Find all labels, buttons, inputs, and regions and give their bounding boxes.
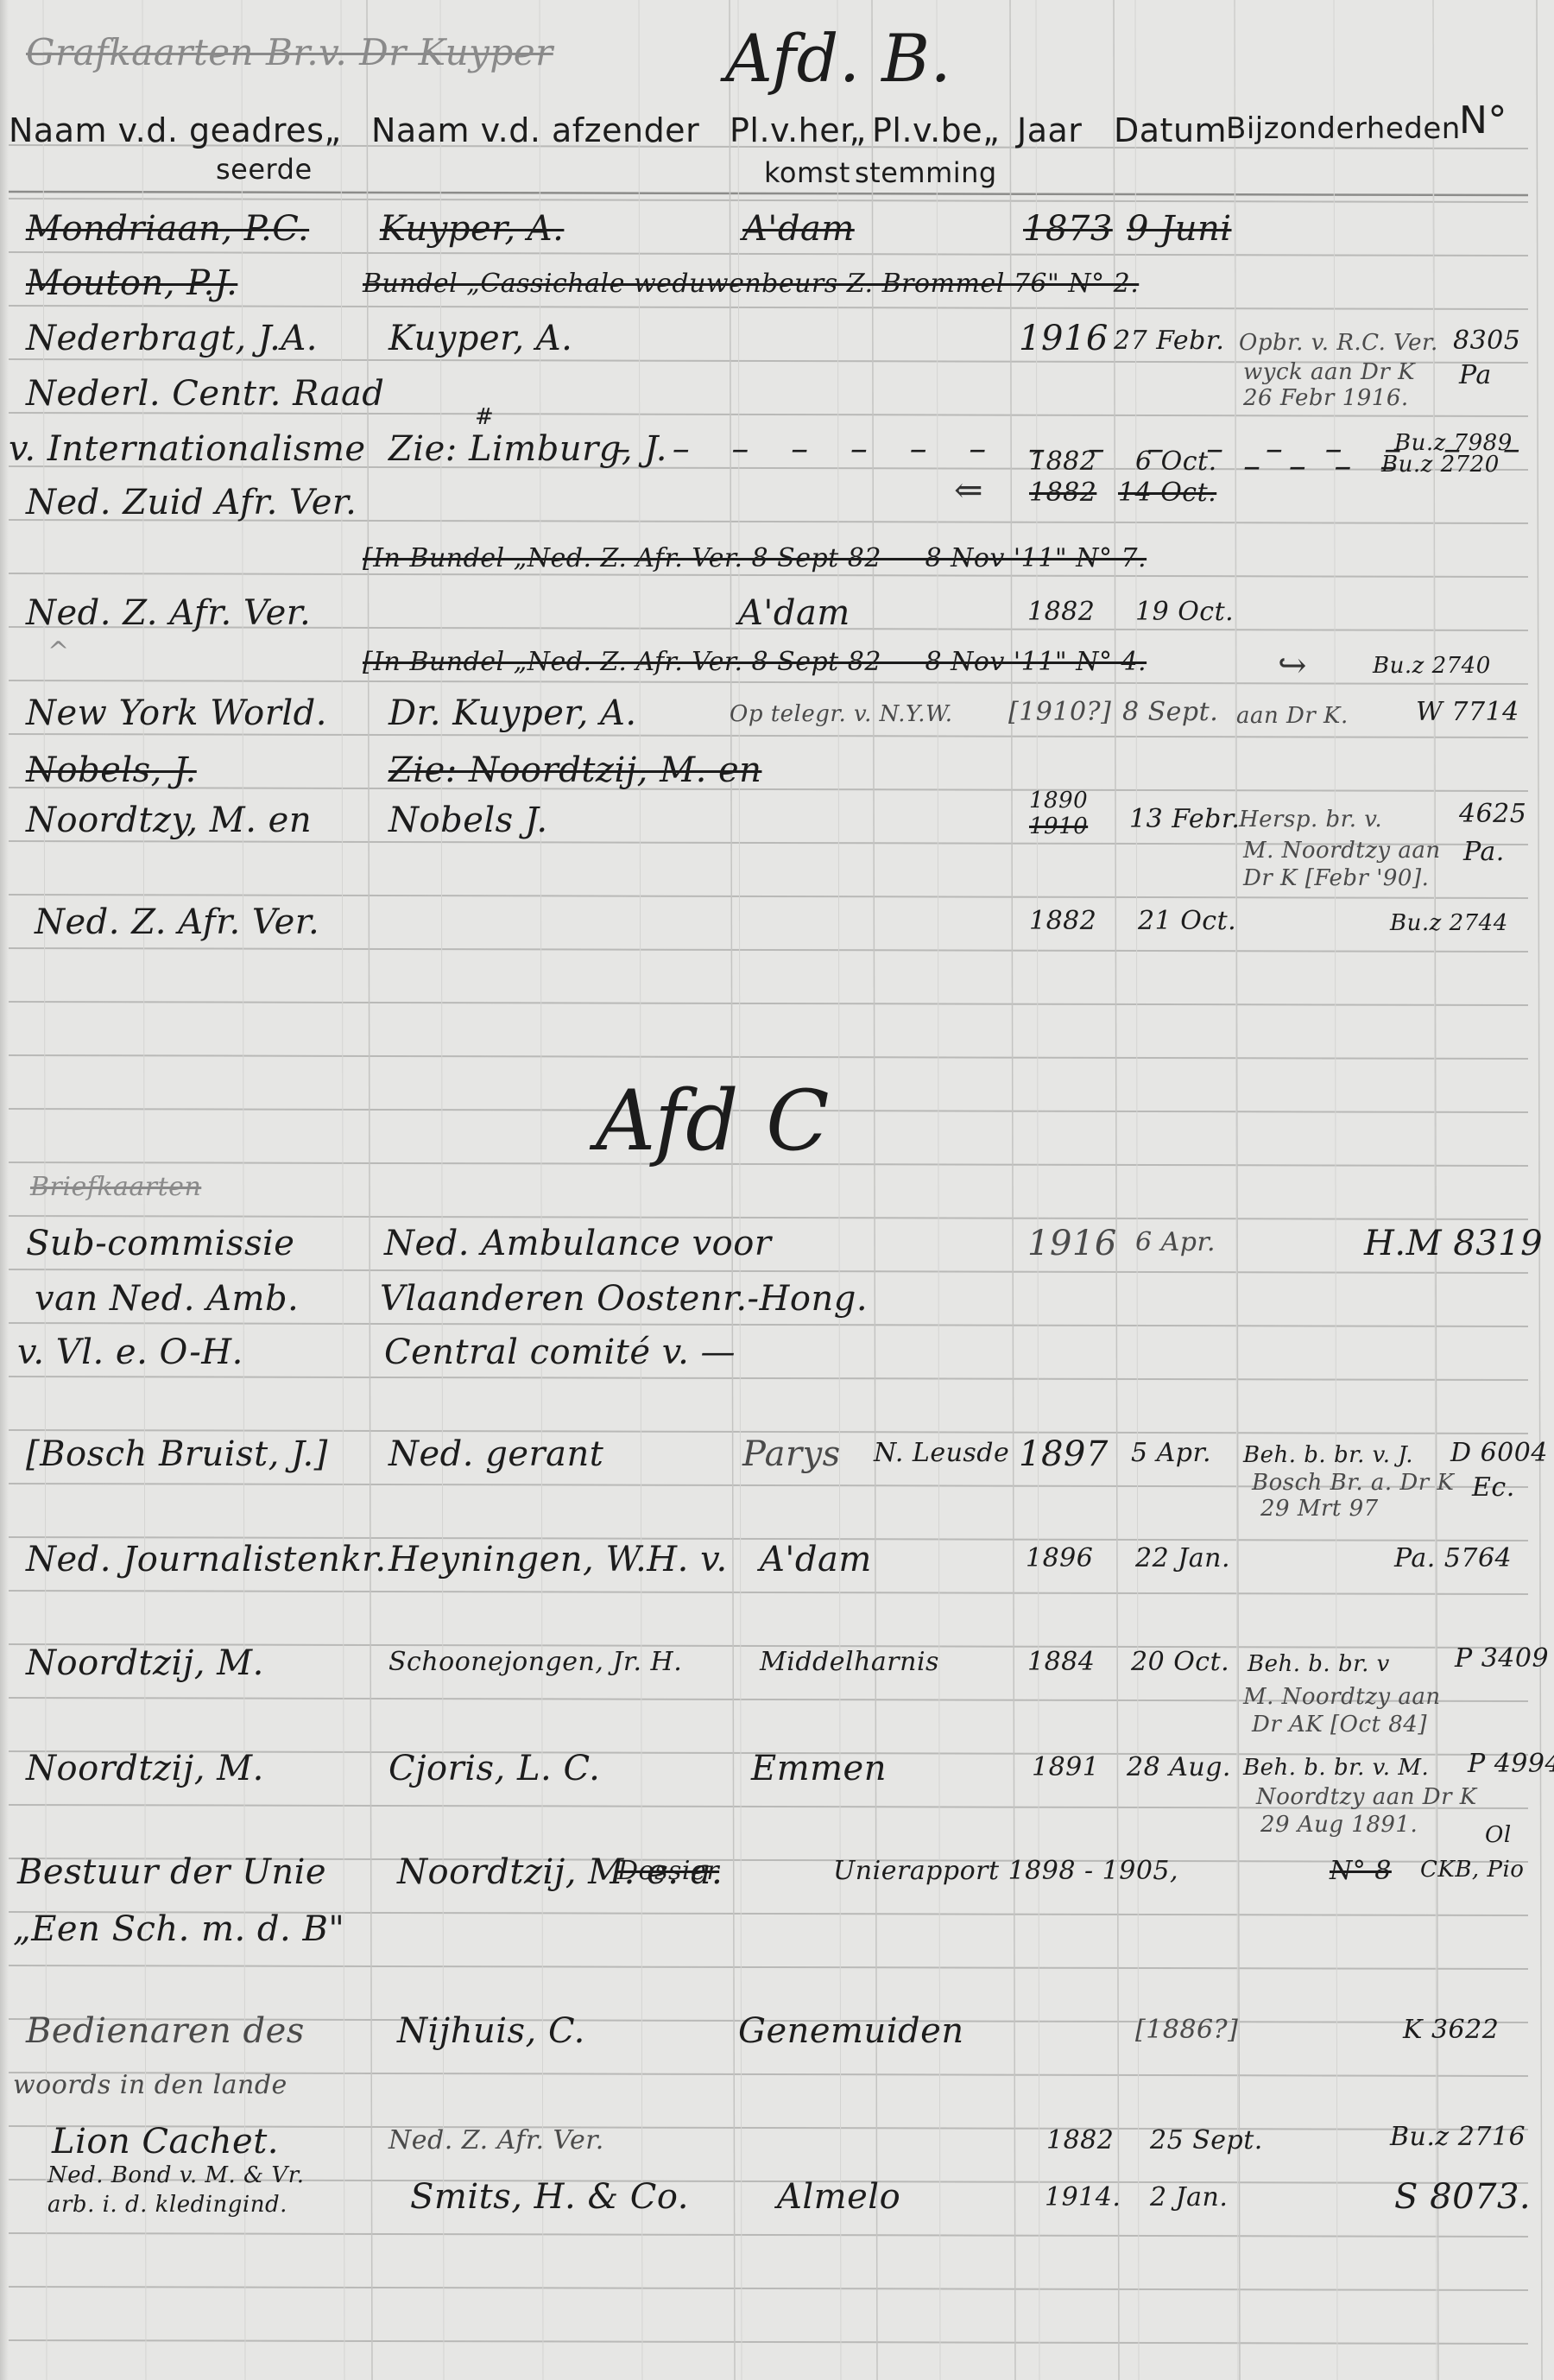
entry-geadresseerde: [Bosch Bruist, J.] [26,1437,328,1472]
entry-note-struck: [In Bundel „Ned. Z. Afr. Ver. 8 Sept 82 … [363,649,1147,675]
entry-jaar: 1890 [1029,789,1088,812]
entry-geadresseerde: v. Vl. e. O-H. [17,1335,243,1370]
entry-note-struck: [In Bundel „Ned. Z. Afr. Ver. 8 Sept 82 … [363,546,1147,572]
entry-datum: 6 Oct. [1135,449,1217,475]
arrow-left-icon: ⇐ [954,471,983,510]
entry-jaar: 1882 [1046,2128,1114,2154]
entry-herkomst: Almelo [777,2180,900,2214]
entry-geadresseerde: Nobels, J. [26,753,197,788]
col-header-datum: Datum [1114,114,1227,147]
col-header-herkomst: Pl.v.her„ [730,114,867,147]
entry-datum: 19 Oct. [1135,599,1234,625]
entry-jaar: [1886?] [1135,2017,1238,2043]
entry-afzender: Kuyper, A. [380,212,564,246]
entry-geadresseerde: New York World. [26,696,327,731]
entry-bijzonderheden: Beh. b. br. v [1248,1653,1390,1675]
entry-bijzonderheden: 26 Febr 1916. [1243,387,1409,409]
entry-geadresseerde: Mouton, P.J. [26,266,237,301]
entry-afzender: Bundel „Cassichale weduwenbeurs Z. Bromm… [363,271,1139,297]
entry-nummer: Pa. [1463,839,1505,865]
entry-afzender: Cjoris, L. C. [388,1751,600,1786]
entry-afzender: Ned. gerant [388,1437,603,1472]
entry-bestemming: N. Leusde [874,1440,1009,1466]
entry-jaar: 1884 [1027,1649,1095,1675]
entry-herkomst: A'dam [742,212,855,246]
entry-geadresseerde: Lion Cachet. [52,2124,279,2159]
entry-afzender: Zie: Noordtzij, M. en [388,753,761,788]
entry-afzender: Vlaanderen Oostenr.-Hong. [380,1282,868,1316]
col-header-geadresseerde-2: seerde [216,155,313,183]
entry-geadresseerde: Ned. Bond v. M. & Vr. [47,2164,305,2187]
entry-jaar: 1891 [1032,1755,1099,1781]
entry-datum: 13 Febr. [1129,807,1240,832]
entry-geadresseerde: Bestuur der Unie [17,1855,326,1889]
entry-bijzonderheden: 29 Mrt 97 [1260,1497,1379,1520]
entry-herkomst: Emmen [751,1751,887,1786]
entry-herkomst: Unierapport 1898 - 1905, [833,1858,1178,1884]
entry-afzender: Ned. Z. Afr. Ver. [388,2128,604,2154]
entry-bijzonderheden: Dr AK [Oct 84] [1252,1713,1427,1736]
entry-nummer: Bu.z 2716 [1390,2124,1526,2150]
entry-afzender: Nobels J. [388,803,548,838]
entry-geadresseerde: Noordtzij, M. [26,1646,264,1681]
entry-datum: 8 Sept. [1122,699,1218,725]
entry-afzender: Ned. Ambulance voor [384,1226,771,1261]
col-header-bestemming: Pl.v.be„ [872,114,1000,147]
entry-geadresseerde: Mondriaan, P.C. [26,212,309,246]
entry-jaar: [1910?] [1008,699,1111,725]
entry-jaar-struck: 1882 [1029,480,1096,506]
page-edge-left [0,0,9,2380]
entry-afzender: Kuyper, A. [388,321,572,356]
entry-jaar: 1897 [1019,1437,1109,1472]
entry-jaar: 1882 [1029,908,1096,934]
col-header-nummer: N° [1459,102,1507,140]
entry-geadresseerde: van Ned. Amb. [35,1282,299,1316]
entry-jaar-struck: 1910 [1029,815,1088,838]
entry-nummer: P 4994 [1468,1751,1554,1777]
entry-jaar: 1916 [1019,321,1109,356]
entry-bijzonderheden: Bosch Br. a. Dr K [1252,1472,1454,1494]
entry-geadresseerde: v. Internationalisme [9,432,366,466]
caret-mark: ^ [47,639,70,665]
entry-datum: 25 Sept. [1150,2128,1263,2154]
entry-geadresseerde: Sub-commissie [26,1226,294,1261]
entry-afzender: Heyningen, W.H. v. [388,1542,728,1577]
entry-nummer: W 7714 [1416,699,1519,725]
entry-jaar: 1882 [1027,599,1095,625]
entry-bijzonderheden: Dr K [Febr '90]. [1243,867,1429,889]
entry-afzender: Central comité v. — [384,1335,736,1370]
entry-afzender-mark: # [475,406,494,428]
entry-nummer: 4625 [1459,801,1526,827]
entry-geadresseerde: Bedienaren des [26,2014,305,2048]
entry-datum: 2 Jan. [1150,2185,1228,2211]
entry-datum: 20 Oct. [1131,1649,1229,1675]
entry-geadresseerde: Ned. Z. Afr. Ver. [35,905,319,940]
entry-geadresseerde: Ned. Z. Afr. Ver. [26,596,311,630]
entry-bijzonderheden: aan Dr K. [1236,705,1349,727]
entry-herkomst: Middelharnis [760,1649,939,1675]
entry-bijzonderheden: 29 Aug 1891. [1260,1813,1418,1836]
col-header-herkomst-2: komst [764,159,850,187]
entry-afzender: Nijhuis, C. [397,2014,585,2048]
entry-afzender: Dr. Kuyper, A. [388,696,637,731]
arrow-right-icon: ↪ [1278,646,1307,686]
entry-nummer: Ec. [1472,1475,1515,1501]
entry-datum-struck: 14 Oct. [1118,480,1216,506]
entry-nummer: Bu.z 2740 [1373,655,1491,677]
entry-geadresseerde: Nederbragt, J.A. [26,321,318,356]
entry-nummer-struck: N° 8 [1330,1858,1392,1884]
entry-afzender: Schoonejongen, Jr. H. [388,1649,682,1675]
entry-nummer: K 3622 [1403,2017,1499,2043]
entry-herkomst: Parys [742,1437,841,1472]
entry-geadresseerde: Noordtzij, M. [26,1751,264,1786]
entry-nummer: 8305 [1453,328,1520,354]
entry-datum: 6 Apr. [1135,1230,1216,1256]
entry-bijzonderheden: Beh. b. br. v. M. [1243,1757,1429,1779]
entry-nummer: H.M 8319 [1364,1226,1543,1261]
entry-bijzonderheden: Hersp. br. v. [1239,808,1382,831]
section-title-afd-b: Afd. B. [725,26,951,92]
entry-afzender: Smits, H. & Co. [410,2180,689,2214]
entry-geadresseerde: woords in den lande [13,2073,287,2098]
entry-geadresseerde: Ned. Zuid Afr. Ver. [26,485,357,520]
struck-top-note: Grafkaarten Br.v. Dr Kuyper [26,35,553,71]
entry-geadresseerde: Ned. Journalistenkr. [26,1542,387,1577]
col-header-afzender: Naam v.d. afzender [371,114,699,147]
entry-herkomst: Op telegr. v. N.Y.W. [730,703,953,725]
col-header-jaar: Jaar [1017,114,1082,147]
entry-nummer: D 6004 [1450,1440,1548,1466]
entry-jaar: 1896 [1026,1546,1093,1572]
entry-datum: 9 Juni [1127,212,1232,246]
entry-geadresseerde: arb. i. d. kledingind. [47,2193,287,2216]
entry-datum: 5 Apr. [1131,1440,1211,1466]
entry-geadresseerde: Noordtzy, M. en [26,803,312,838]
entry-datum: 28 Aug. [1127,1755,1231,1781]
entry-datum: 22 Jan. [1135,1546,1230,1572]
entry-jaar: 1873 [1023,212,1113,246]
entry-bijzonderheden: Noordtzy aan Dr K [1256,1786,1477,1808]
entry-geadresseerde: „Een Sch. m. d. B" [13,1912,344,1946]
entry-bijzonderheden: M. Noordtzy aan [1243,839,1441,862]
entry-jaar: 1914. [1045,2185,1121,2211]
entry-jaar: 1916 [1027,1226,1117,1261]
entry-nummer: Ol [1485,1824,1512,1846]
col-header-geadresseerde: Naam v.d. geadres„ [9,114,342,147]
entry-jaar: 1882 [1029,449,1096,475]
col-header-bestemming-2: stemming [855,159,997,187]
col-header-bijzonderheden: Bijzonderheden [1226,114,1461,143]
entry-herkomst: Genemuiden [738,2014,964,2048]
struck-section-note: Briefkaarten [30,1174,201,1200]
section-title-afd-c: Afd C [596,1079,830,1162]
entry-bijzonderheden: Beh. b. br. v. J. [1243,1444,1413,1466]
entry-herkomst: A'dam [738,596,850,630]
entry-nummer: Pa. 5764 [1394,1546,1512,1572]
entry-afzender-struck: Dossier [617,1858,719,1884]
entry-nummer: P 3409 [1455,1646,1549,1672]
entry-herkomst: A'dam [760,1542,872,1577]
entry-nummer: S 8073. [1394,2180,1531,2214]
entry-datum: 21 Oct. [1138,908,1236,934]
entry-nummer: Pa [1459,363,1492,389]
entry-bijzonderheden: wyck aan Dr K [1243,361,1415,383]
entry-nummer: Bu.z 2744 [1390,912,1508,934]
entry-bijzonderheden: Opbr. v. R.C. Ver. [1239,332,1438,354]
entry-nummer: Bu.z 2720 [1381,453,1500,476]
entry-bijzonderheden: M. Noordtzy aan [1243,1686,1441,1708]
entry-datum: 27 Febr. [1114,328,1224,354]
entry-nummer: CKB, Pio [1420,1858,1524,1881]
entry-geadresseerde: Nederl. Centr. Raad [26,377,384,411]
